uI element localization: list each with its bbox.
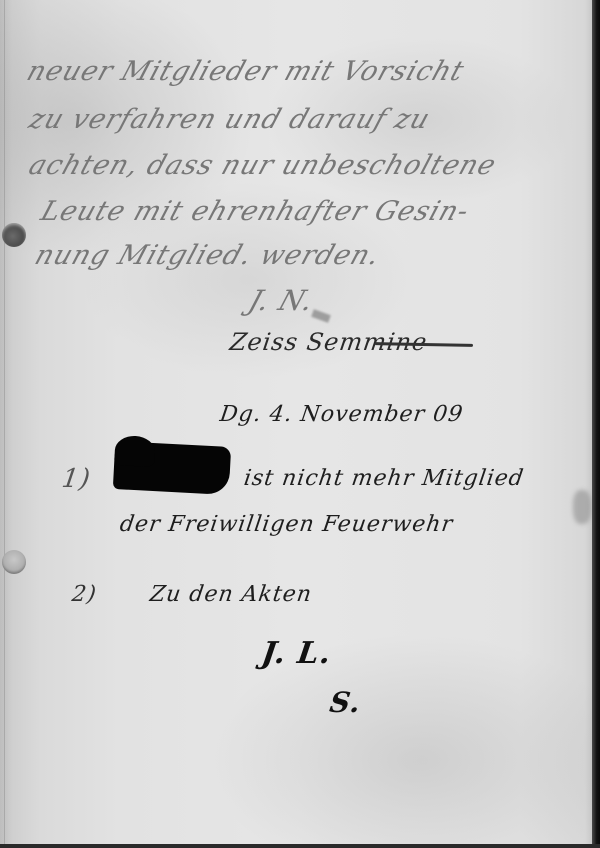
handwritten-line-1: neuer Mitglieder mit Vorsicht xyxy=(23,56,468,87)
closing-mark: S. xyxy=(328,686,364,719)
item-2-number: 2) xyxy=(70,582,98,607)
item-1-number: 1) xyxy=(60,464,93,494)
handwritten-line-2: zu verfahren und darauf zu xyxy=(25,104,434,135)
date-line: Dg. 4. November 09 xyxy=(218,402,465,427)
handwritten-line-5: nung Mitglied. werden. xyxy=(31,240,384,271)
initials-jl: J. L. xyxy=(260,636,334,671)
punch-hole-upper xyxy=(2,223,26,247)
handwritten-line-4: Leute mit ehrenhafter Gesin- xyxy=(37,196,473,227)
pencil-mark xyxy=(311,309,331,323)
item-1-text-line-1: ist nicht mehr Mitglied xyxy=(242,466,525,491)
document-page: neuer Mitglieder mit Vorsicht zu verfahr… xyxy=(0,0,592,846)
item-1-text-line-2: der Freiwilligen Feuerwehr xyxy=(118,512,455,537)
handwritten-line-3: achten, dass nur unbescholtene xyxy=(25,150,501,181)
item-2-text: Zu den Akten xyxy=(148,582,313,607)
paper-smudge xyxy=(573,490,591,524)
scan-edge-bottom xyxy=(0,844,600,848)
initials-jn: J. N. xyxy=(245,284,319,317)
scan-edge-right xyxy=(592,0,600,848)
redaction-block xyxy=(113,441,231,495)
punch-hole-lower xyxy=(2,550,26,574)
left-margin-line xyxy=(4,0,5,848)
